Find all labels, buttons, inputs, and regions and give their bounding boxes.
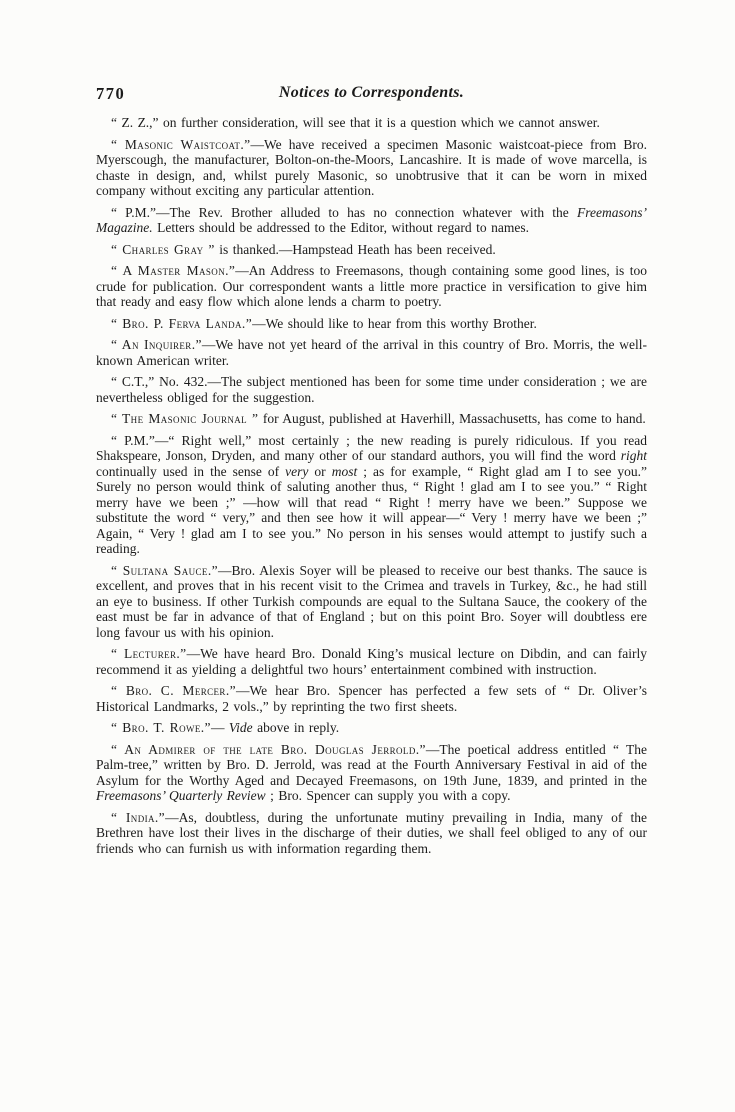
- notice-text: Letters should be addressed to the Edito…: [153, 220, 529, 235]
- notice-paragraph: “ Sultana Sauce.”—Bro. Alexis Soyer will…: [96, 563, 647, 641]
- correspondent-name: “ An Admirer of the late Bro. Douglas Je…: [111, 742, 426, 757]
- correspondent-name: “ Masonic Waistcoat.”: [111, 137, 251, 152]
- notice-paragraph: “ Z. Z.,” on further consideration, will…: [96, 115, 647, 131]
- correspondent-name: “ India.”: [111, 810, 165, 825]
- notice-paragraph: “ Masonic Waistcoat.”—We have received a…: [96, 137, 647, 199]
- notice-paragraph: “ Lecturer.”—We have heard Bro. Donald K…: [96, 646, 647, 677]
- notice-paragraph: “ P.M.”—The Rev. Brother alluded to has …: [96, 205, 647, 236]
- correspondent-name: “ Bro. T. Rowe.”: [111, 720, 211, 735]
- correspondent-name: “ A Master Mason.”: [111, 263, 235, 278]
- notice-text: continually used in the sense of: [96, 464, 285, 479]
- notice-text: above in reply.: [253, 720, 339, 735]
- notice-text: ; Bro. Spencer can supply you with a cop…: [266, 788, 511, 803]
- correspondent-name: “ Bro. P. Ferva Landa.”: [111, 316, 252, 331]
- notice-paragraph: “ Bro. T. Rowe.”— Vide above in reply.: [96, 720, 647, 736]
- notice-paragraph: “ Bro. P. Ferva Landa.”—We should like t…: [96, 316, 647, 332]
- correspondent-name: “ Bro. C. Mercer.”: [111, 683, 236, 698]
- notice-paragraph: “ A Master Mason.”—An Address to Freemas…: [96, 263, 647, 310]
- emphasized-word: most: [332, 464, 358, 479]
- scanned-document-page: 770 Notices to Correspondents. “ Z. Z.,”…: [0, 0, 735, 1112]
- running-title: Notices to Correspondents.: [96, 84, 647, 102]
- notice-paragraph: “ P.M.”—“ Right well,” most certainly ; …: [96, 433, 647, 557]
- notice-text: “ C.T.,” No. 432.—The subject mentioned …: [96, 374, 647, 405]
- notice-text: is thanked.—Hampstead Heath has been rec…: [215, 242, 496, 257]
- emphasized-word: very: [285, 464, 308, 479]
- correspondent-name: “ Sultana Sauce.”: [111, 563, 218, 578]
- notice-text: —We should like to hear from this worthy…: [252, 316, 537, 331]
- page-header: 770 Notices to Correspondents.: [96, 84, 647, 106]
- notice-text: “ Z. Z.,” on further consideration, will…: [111, 115, 600, 130]
- notice-paragraph: “ Charles Gray ” is thanked.—Hampstead H…: [96, 242, 647, 258]
- correspondent-name: “ Charles Gray ”: [111, 242, 215, 257]
- correspondent-name: “ The Masonic Journal ”: [111, 411, 258, 426]
- correspondent-name: “ An Inquirer.”: [111, 337, 202, 352]
- notice-text: “ P.M.”—The Rev. Brother alluded to has …: [111, 205, 577, 220]
- emphasized-word: right: [621, 448, 647, 463]
- publication-title: Freemasons’ Quarterly Review: [96, 788, 266, 803]
- notice-paragraph: “ The Masonic Journal ” for August, publ…: [96, 411, 647, 427]
- notice-paragraph: “ An Inquirer.”—We have not yet heard of…: [96, 337, 647, 368]
- notice-text: —As, doubtless, during the unfortunate m…: [96, 810, 647, 856]
- page-number: 770: [96, 84, 125, 104]
- notice-paragraph: “ Bro. C. Mercer.”—We hear Bro. Spencer …: [96, 683, 647, 714]
- text-block: 770 Notices to Correspondents. “ Z. Z.,”…: [96, 84, 647, 862]
- notice-text: for August, published at Haverhill, Mass…: [258, 411, 645, 426]
- notice-text: or: [308, 464, 331, 479]
- notice-paragraph: “ An Admirer of the late Bro. Douglas Je…: [96, 742, 647, 804]
- notice-text: —: [211, 720, 229, 735]
- emphasized-word: Vide: [229, 720, 253, 735]
- notice-text: “ P.M.”—“ Right well,” most certainly ; …: [96, 433, 647, 464]
- notice-paragraph: “ India.”—As, doubtless, during the unfo…: [96, 810, 647, 857]
- notice-paragraph: “ C.T.,” No. 432.—The subject mentioned …: [96, 374, 647, 405]
- correspondent-name: “ Lecturer.”: [111, 646, 187, 661]
